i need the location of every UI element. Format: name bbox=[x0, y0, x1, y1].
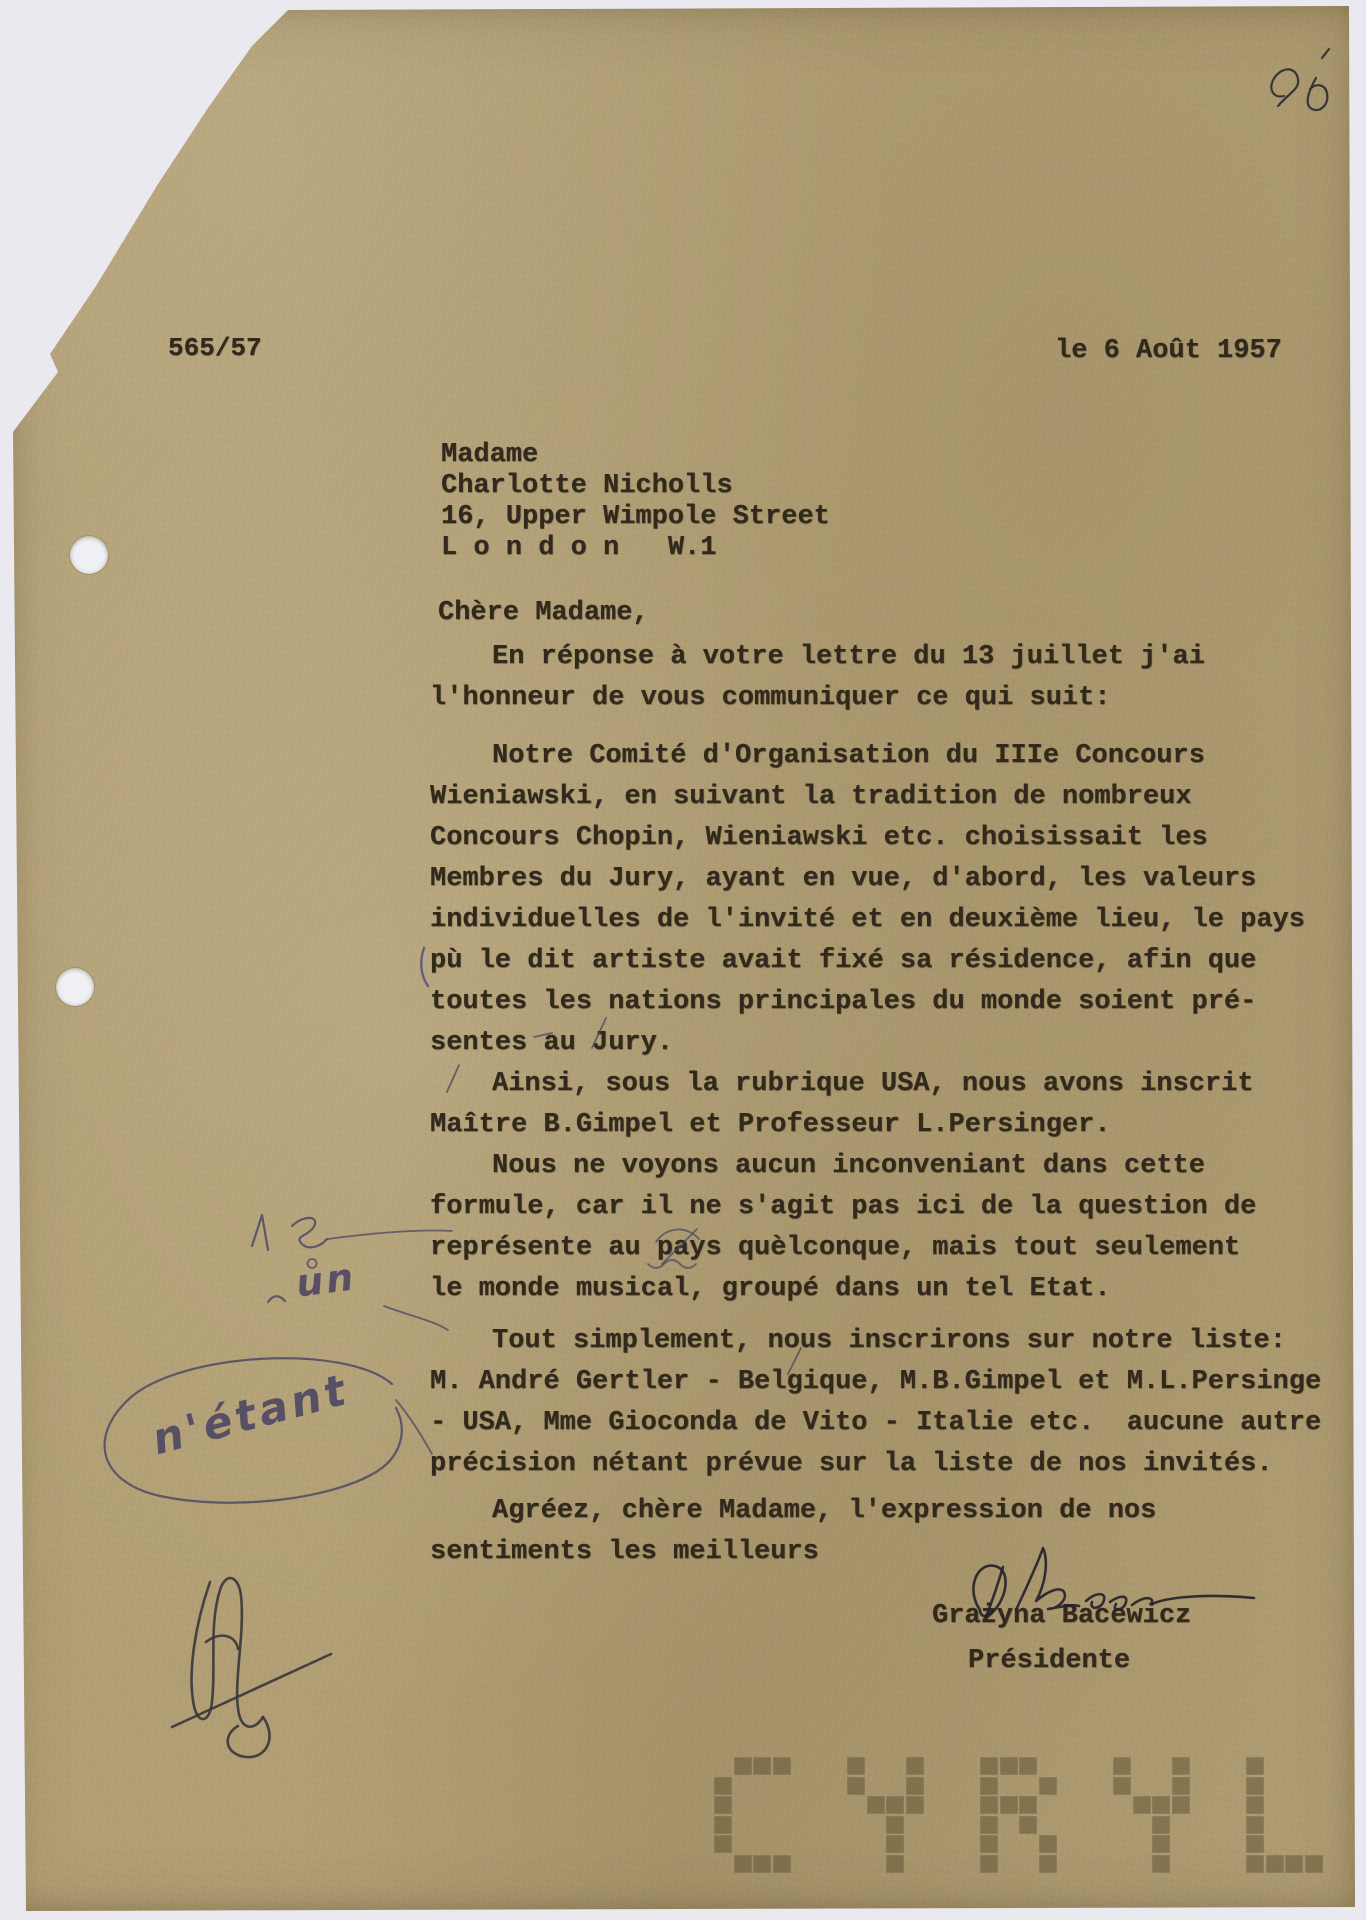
typed-line: En réponse à votre lettre du 13 juillet … bbox=[430, 637, 1366, 678]
watermark-pixel bbox=[1019, 1796, 1037, 1814]
watermark-pixel bbox=[1019, 1757, 1037, 1775]
watermark-pixel bbox=[847, 1757, 865, 1775]
watermark-pixel bbox=[1246, 1816, 1264, 1834]
watermark-pixel bbox=[980, 1816, 998, 1834]
watermark-pixel bbox=[906, 1796, 924, 1814]
typed-line: précision nétant prévue sur la liste de … bbox=[430, 1444, 1366, 1485]
margin-note-un: un bbox=[294, 1255, 359, 1306]
watermark-pixel bbox=[1266, 1855, 1284, 1873]
watermark-pixel bbox=[773, 1757, 791, 1775]
watermark-pixel bbox=[980, 1757, 998, 1775]
watermark-pixel bbox=[1039, 1777, 1057, 1795]
watermark-pixel bbox=[1246, 1835, 1264, 1853]
watermark-pixel bbox=[886, 1835, 904, 1853]
letter-page: 565/57 le 6 Août 1957 MadameCharlotte Ni… bbox=[0, 0, 1366, 1920]
typed-line: l'honneur de vous communiquer ce qui sui… bbox=[430, 678, 1366, 719]
watermark-pixel bbox=[1152, 1796, 1170, 1814]
watermark-pixel bbox=[886, 1796, 904, 1814]
watermark-pixel bbox=[847, 1777, 865, 1795]
typed-line: Agréez, chère Madame, l'expression de no… bbox=[430, 1491, 1366, 1532]
watermark-pixel bbox=[980, 1777, 998, 1795]
typed-line: Tout simplement, nous inscrirons sur not… bbox=[430, 1321, 1366, 1362]
watermark-pixel bbox=[980, 1855, 998, 1873]
typed-line: Maître B.Gimpel et Professeur L.Persinge… bbox=[430, 1105, 1366, 1146]
watermark-pixel bbox=[1285, 1855, 1303, 1873]
typed-line: Notre Comité d'Organisation du IIIe Conc… bbox=[430, 736, 1366, 777]
watermark-pixel bbox=[1113, 1757, 1131, 1775]
cyryl-watermark bbox=[714, 1757, 1354, 1875]
watermark-pixel bbox=[1113, 1777, 1131, 1795]
typed-line: toutes les nations principales du monde … bbox=[430, 982, 1366, 1023]
letter-body: En réponse à votre lettre du 13 juillet … bbox=[430, 637, 1366, 1573]
typed-line: individuelles de l'invité et en deuxième… bbox=[430, 900, 1366, 941]
typed-line: Nous ne voyons aucun inconveniant dans c… bbox=[430, 1146, 1366, 1187]
recipient-line: 16, Upper Wimpole Street bbox=[441, 502, 830, 533]
watermark-pixel bbox=[1152, 1816, 1170, 1834]
recipient-address: MadameCharlotte Nicholls16, Upper Wimpol… bbox=[441, 440, 830, 564]
letter-date: le 6 Août 1957 bbox=[1055, 336, 1282, 366]
watermark-pixel bbox=[773, 1855, 791, 1873]
typed-line: pù le dit artiste avait fixé sa résidenc… bbox=[430, 941, 1366, 982]
watermark-pixel bbox=[1246, 1777, 1264, 1795]
watermark-pixel bbox=[906, 1777, 924, 1795]
watermark-pixel bbox=[1000, 1796, 1018, 1814]
signature-title: Présidente bbox=[968, 1646, 1130, 1676]
punch-hole-bottom bbox=[56, 968, 94, 1006]
watermark-pixel bbox=[867, 1796, 885, 1814]
watermark-pixel bbox=[1172, 1796, 1190, 1814]
watermark-pixel bbox=[886, 1855, 904, 1873]
watermark-pixel bbox=[886, 1816, 904, 1834]
watermark-pixel bbox=[753, 1855, 771, 1873]
typed-line: sentiments les meilleurs bbox=[430, 1532, 1366, 1573]
watermark-pixel bbox=[714, 1816, 732, 1834]
watermark-pixel bbox=[734, 1757, 752, 1775]
watermark-pixel bbox=[980, 1796, 998, 1814]
watermark-pixel bbox=[1152, 1835, 1170, 1853]
watermark-pixel bbox=[714, 1777, 732, 1795]
punch-hole-top bbox=[70, 536, 108, 574]
typed-line: Membres du Jury, ayant en vue, d'abord, … bbox=[430, 859, 1366, 900]
watermark-pixel bbox=[1152, 1855, 1170, 1873]
watermark-pixel bbox=[1039, 1855, 1057, 1873]
recipient-line: Madame bbox=[441, 440, 830, 471]
typed-line: Concours Chopin, Wieniawski etc. choisis… bbox=[430, 818, 1366, 859]
watermark-pixel bbox=[734, 1855, 752, 1873]
typed-line: M. André Gertler - Belgique, M.B.Gimpel … bbox=[430, 1362, 1366, 1403]
typed-line: Wieniawski, en suivant la tradition de n… bbox=[430, 777, 1366, 818]
watermark-pixel bbox=[1305, 1855, 1323, 1873]
recipient-line: L o n d o n W.1 bbox=[441, 533, 830, 564]
recipient-line: Charlotte Nicholls bbox=[441, 471, 830, 502]
watermark-pixel bbox=[906, 1757, 924, 1775]
watermark-pixel bbox=[1133, 1796, 1151, 1814]
typed-line: sentes au Jury. bbox=[430, 1023, 1366, 1064]
scanned-letter: 565/57 le 6 Août 1957 MadameCharlotte Ni… bbox=[0, 0, 1366, 1920]
typed-line: Ainsi, sous la rubrique USA, nous avons … bbox=[430, 1064, 1366, 1105]
signature-name: Grażyna Bacewicz bbox=[932, 1601, 1191, 1631]
typed-line: formule, car il ne s'agit pas ici de la … bbox=[430, 1187, 1366, 1228]
typed-line: - USA, Mme Gioconda de Vito - Italie etc… bbox=[430, 1403, 1366, 1444]
watermark-pixel bbox=[1246, 1855, 1264, 1873]
watermark-pixel bbox=[714, 1835, 732, 1853]
watermark-pixel bbox=[714, 1796, 732, 1814]
watermark-pixel bbox=[1246, 1796, 1264, 1814]
salutation: Chère Madame, bbox=[438, 598, 649, 628]
watermark-pixel bbox=[980, 1835, 998, 1853]
watermark-pixel bbox=[1172, 1757, 1190, 1775]
reference-number: 565/57 bbox=[168, 333, 262, 363]
watermark-pixel bbox=[1039, 1835, 1057, 1853]
typed-line: représente au pays quèlconque, mais tout… bbox=[430, 1228, 1366, 1269]
watermark-pixel bbox=[753, 1757, 771, 1775]
watermark-pixel bbox=[1019, 1816, 1037, 1834]
watermark-pixel bbox=[1246, 1757, 1264, 1775]
watermark-pixel bbox=[1172, 1777, 1190, 1795]
typed-line: le monde musical, groupé dans un tel Eta… bbox=[430, 1269, 1366, 1310]
watermark-pixel bbox=[1000, 1757, 1018, 1775]
